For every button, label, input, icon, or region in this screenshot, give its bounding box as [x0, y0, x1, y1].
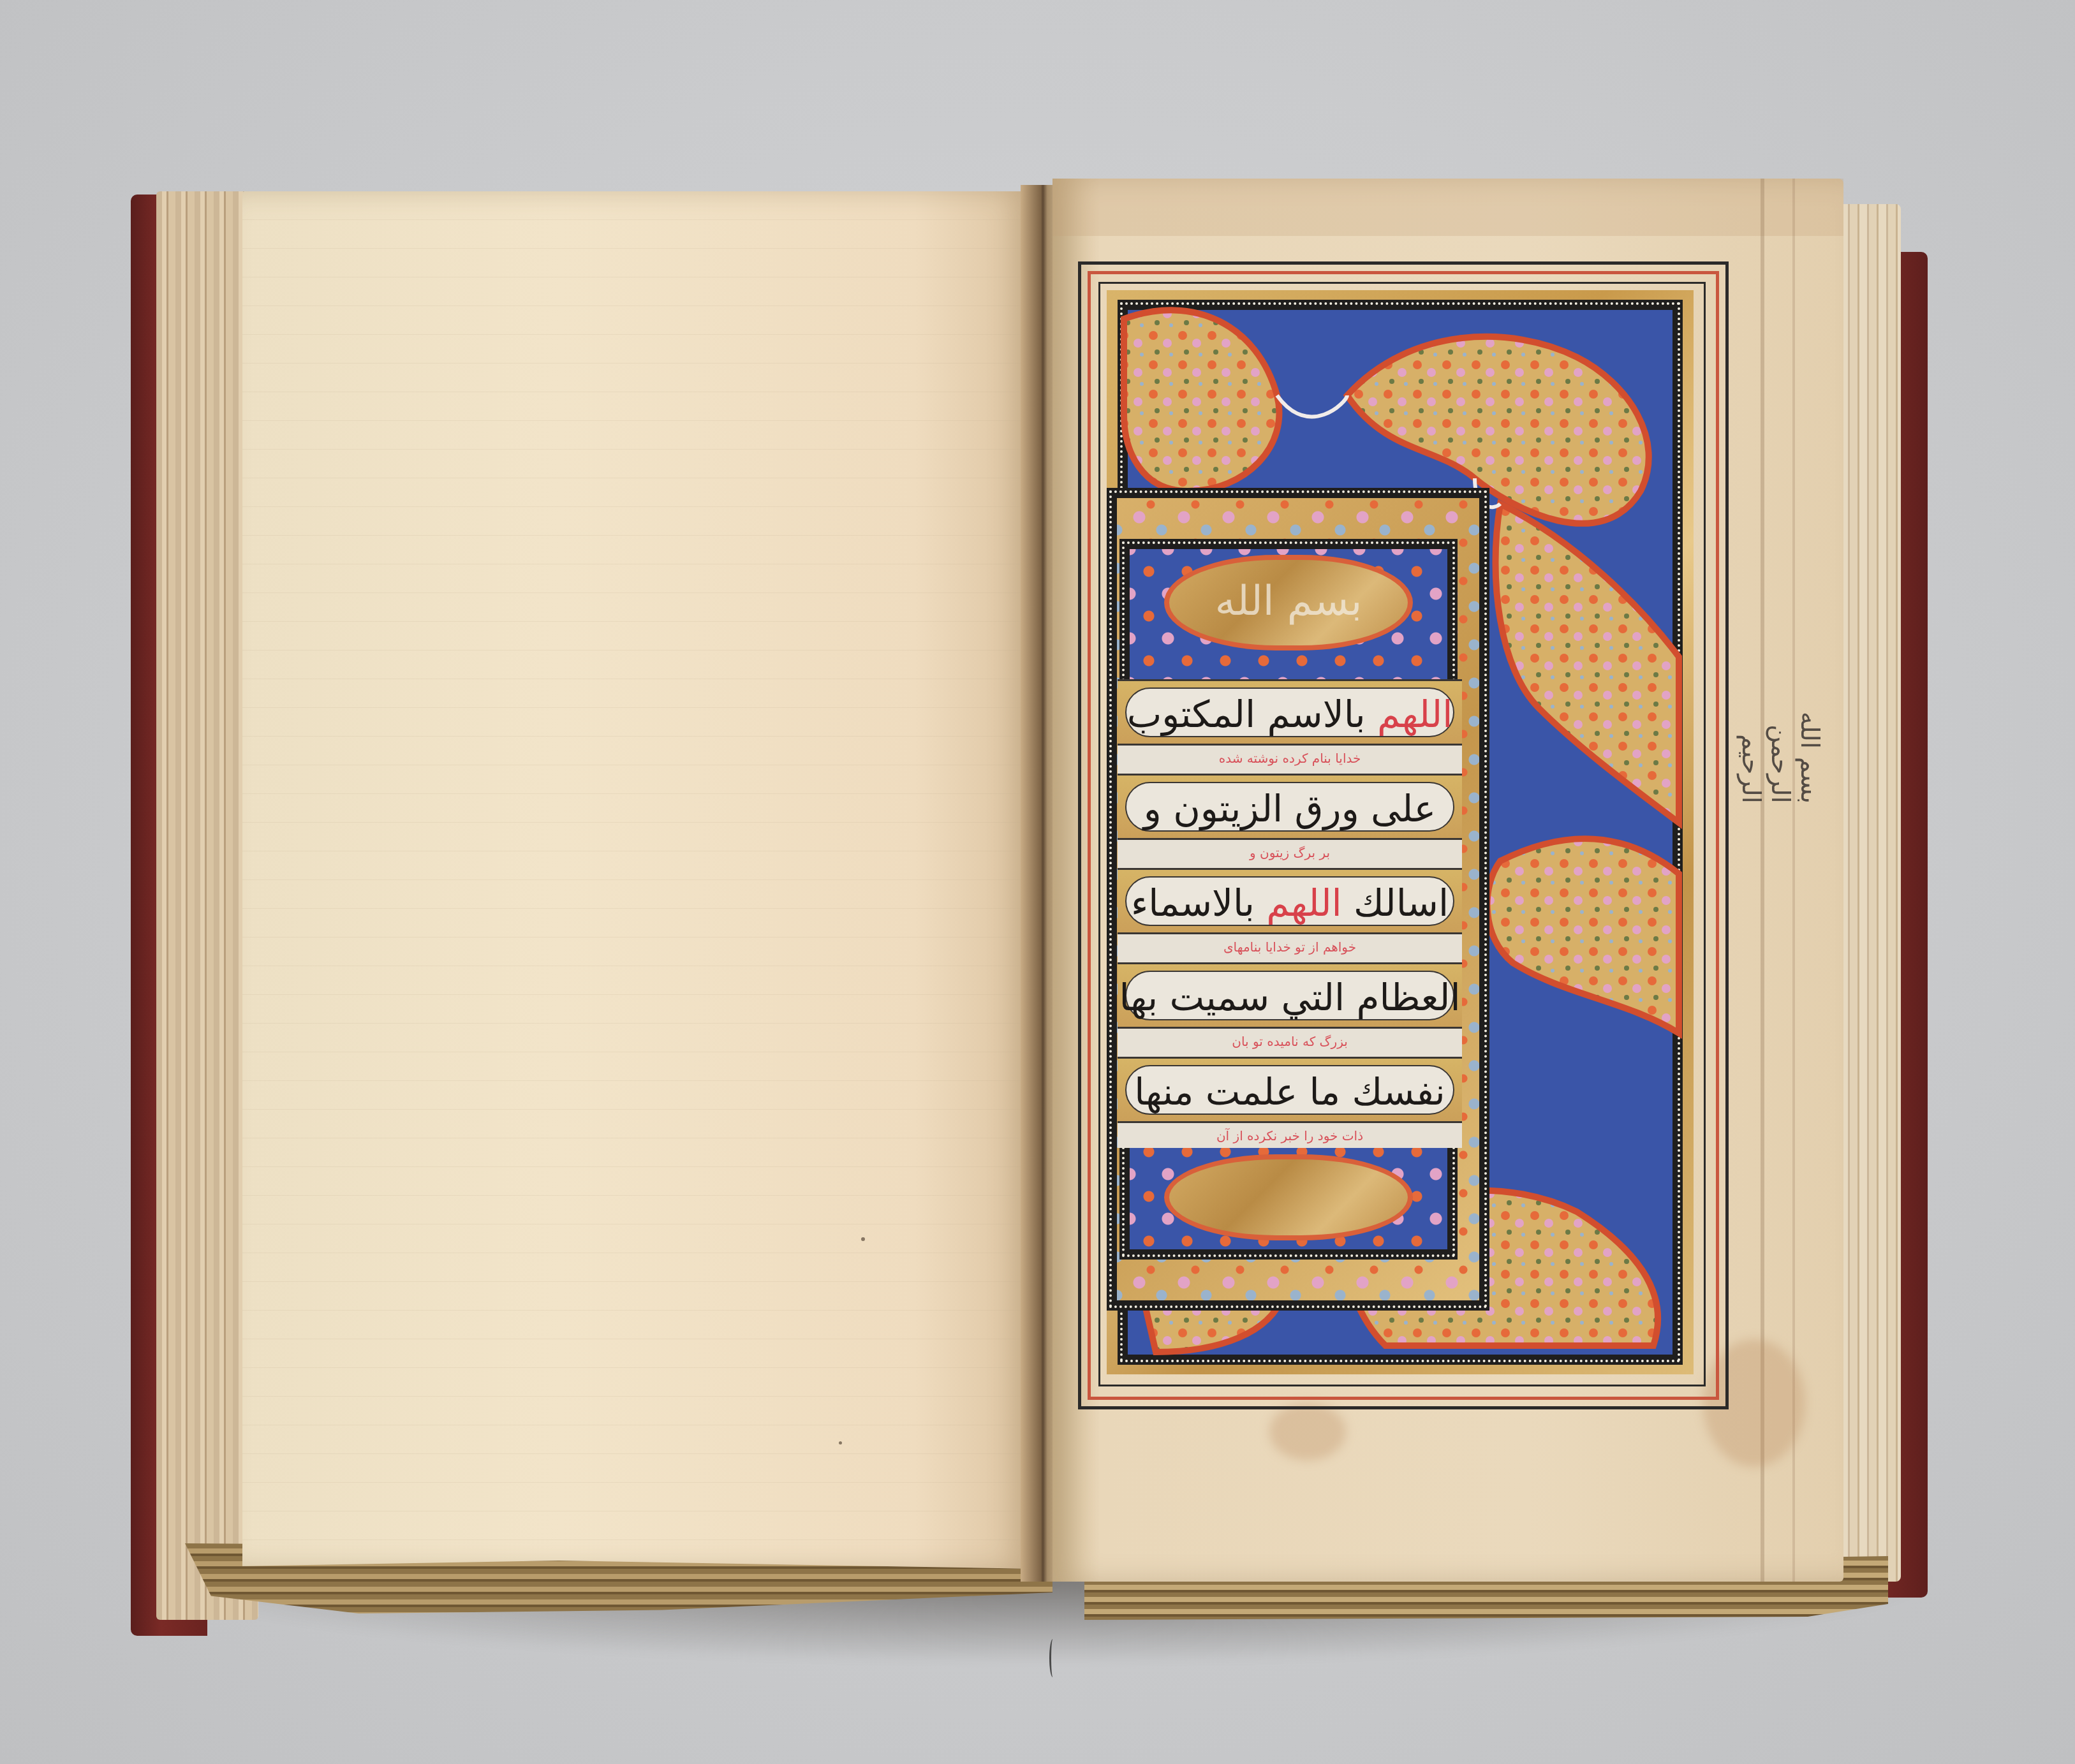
margin-annotation: بسم الله الرحمن الرحيم	[1761, 657, 1824, 804]
text-line-3-end: بالاسماء	[1131, 881, 1255, 925]
water-stain	[1269, 1403, 1346, 1460]
text-line-5: نفسك ما علمت منها	[1118, 1064, 1462, 1120]
pencil-mark	[1049, 1639, 1056, 1677]
text-line: اسالك اللهم بالاسماء	[1118, 868, 1462, 934]
interlinear-gloss: ذات خود را خبر نکرده از آن	[1118, 1123, 1462, 1149]
text-line-1: بالاسم المكتوب	[1127, 693, 1366, 736]
interlinear-gloss: خدایا بنام کرده نوشته شده	[1118, 746, 1462, 771]
text-line: العظام التي سميت بها	[1118, 962, 1462, 1029]
text-line: نفسك ما علمت منها	[1118, 1057, 1462, 1123]
interlinear-gloss: بزرگ که نامیده تو بان	[1118, 1029, 1462, 1054]
rubric-word: اللهم	[1377, 693, 1452, 736]
page-top-discoloration	[1052, 179, 1843, 236]
header-cartouche: بسم الله	[1164, 555, 1413, 650]
text-line-3-start: اسالك	[1354, 881, 1449, 925]
text-line: اللهم بالاسم المكتوب	[1118, 679, 1462, 746]
ink-speck	[839, 1441, 842, 1444]
interlinear-gloss: بر برگ زیتون و	[1118, 840, 1462, 865]
footer-cartouche	[1164, 1154, 1413, 1240]
rubric-word: اللهم	[1266, 881, 1341, 925]
faint-page-ruling	[242, 191, 1033, 1569]
text-panel: اللهم بالاسم المكتوب خدایا بنام کرده نوش…	[1118, 679, 1462, 1148]
interlinear-gloss: خواهم از تو خدایا بنامهای	[1118, 934, 1462, 960]
text-line-2: على ورق الزيتون و	[1118, 781, 1462, 837]
left-blank-page	[242, 191, 1033, 1569]
ink-speck	[861, 1237, 865, 1241]
text-line-4: العظام التي سميت بها	[1118, 969, 1462, 1025]
header-cartouche-text: بسم الله	[1169, 560, 1408, 643]
text-line: على ورق الزيتون و	[1118, 774, 1462, 840]
